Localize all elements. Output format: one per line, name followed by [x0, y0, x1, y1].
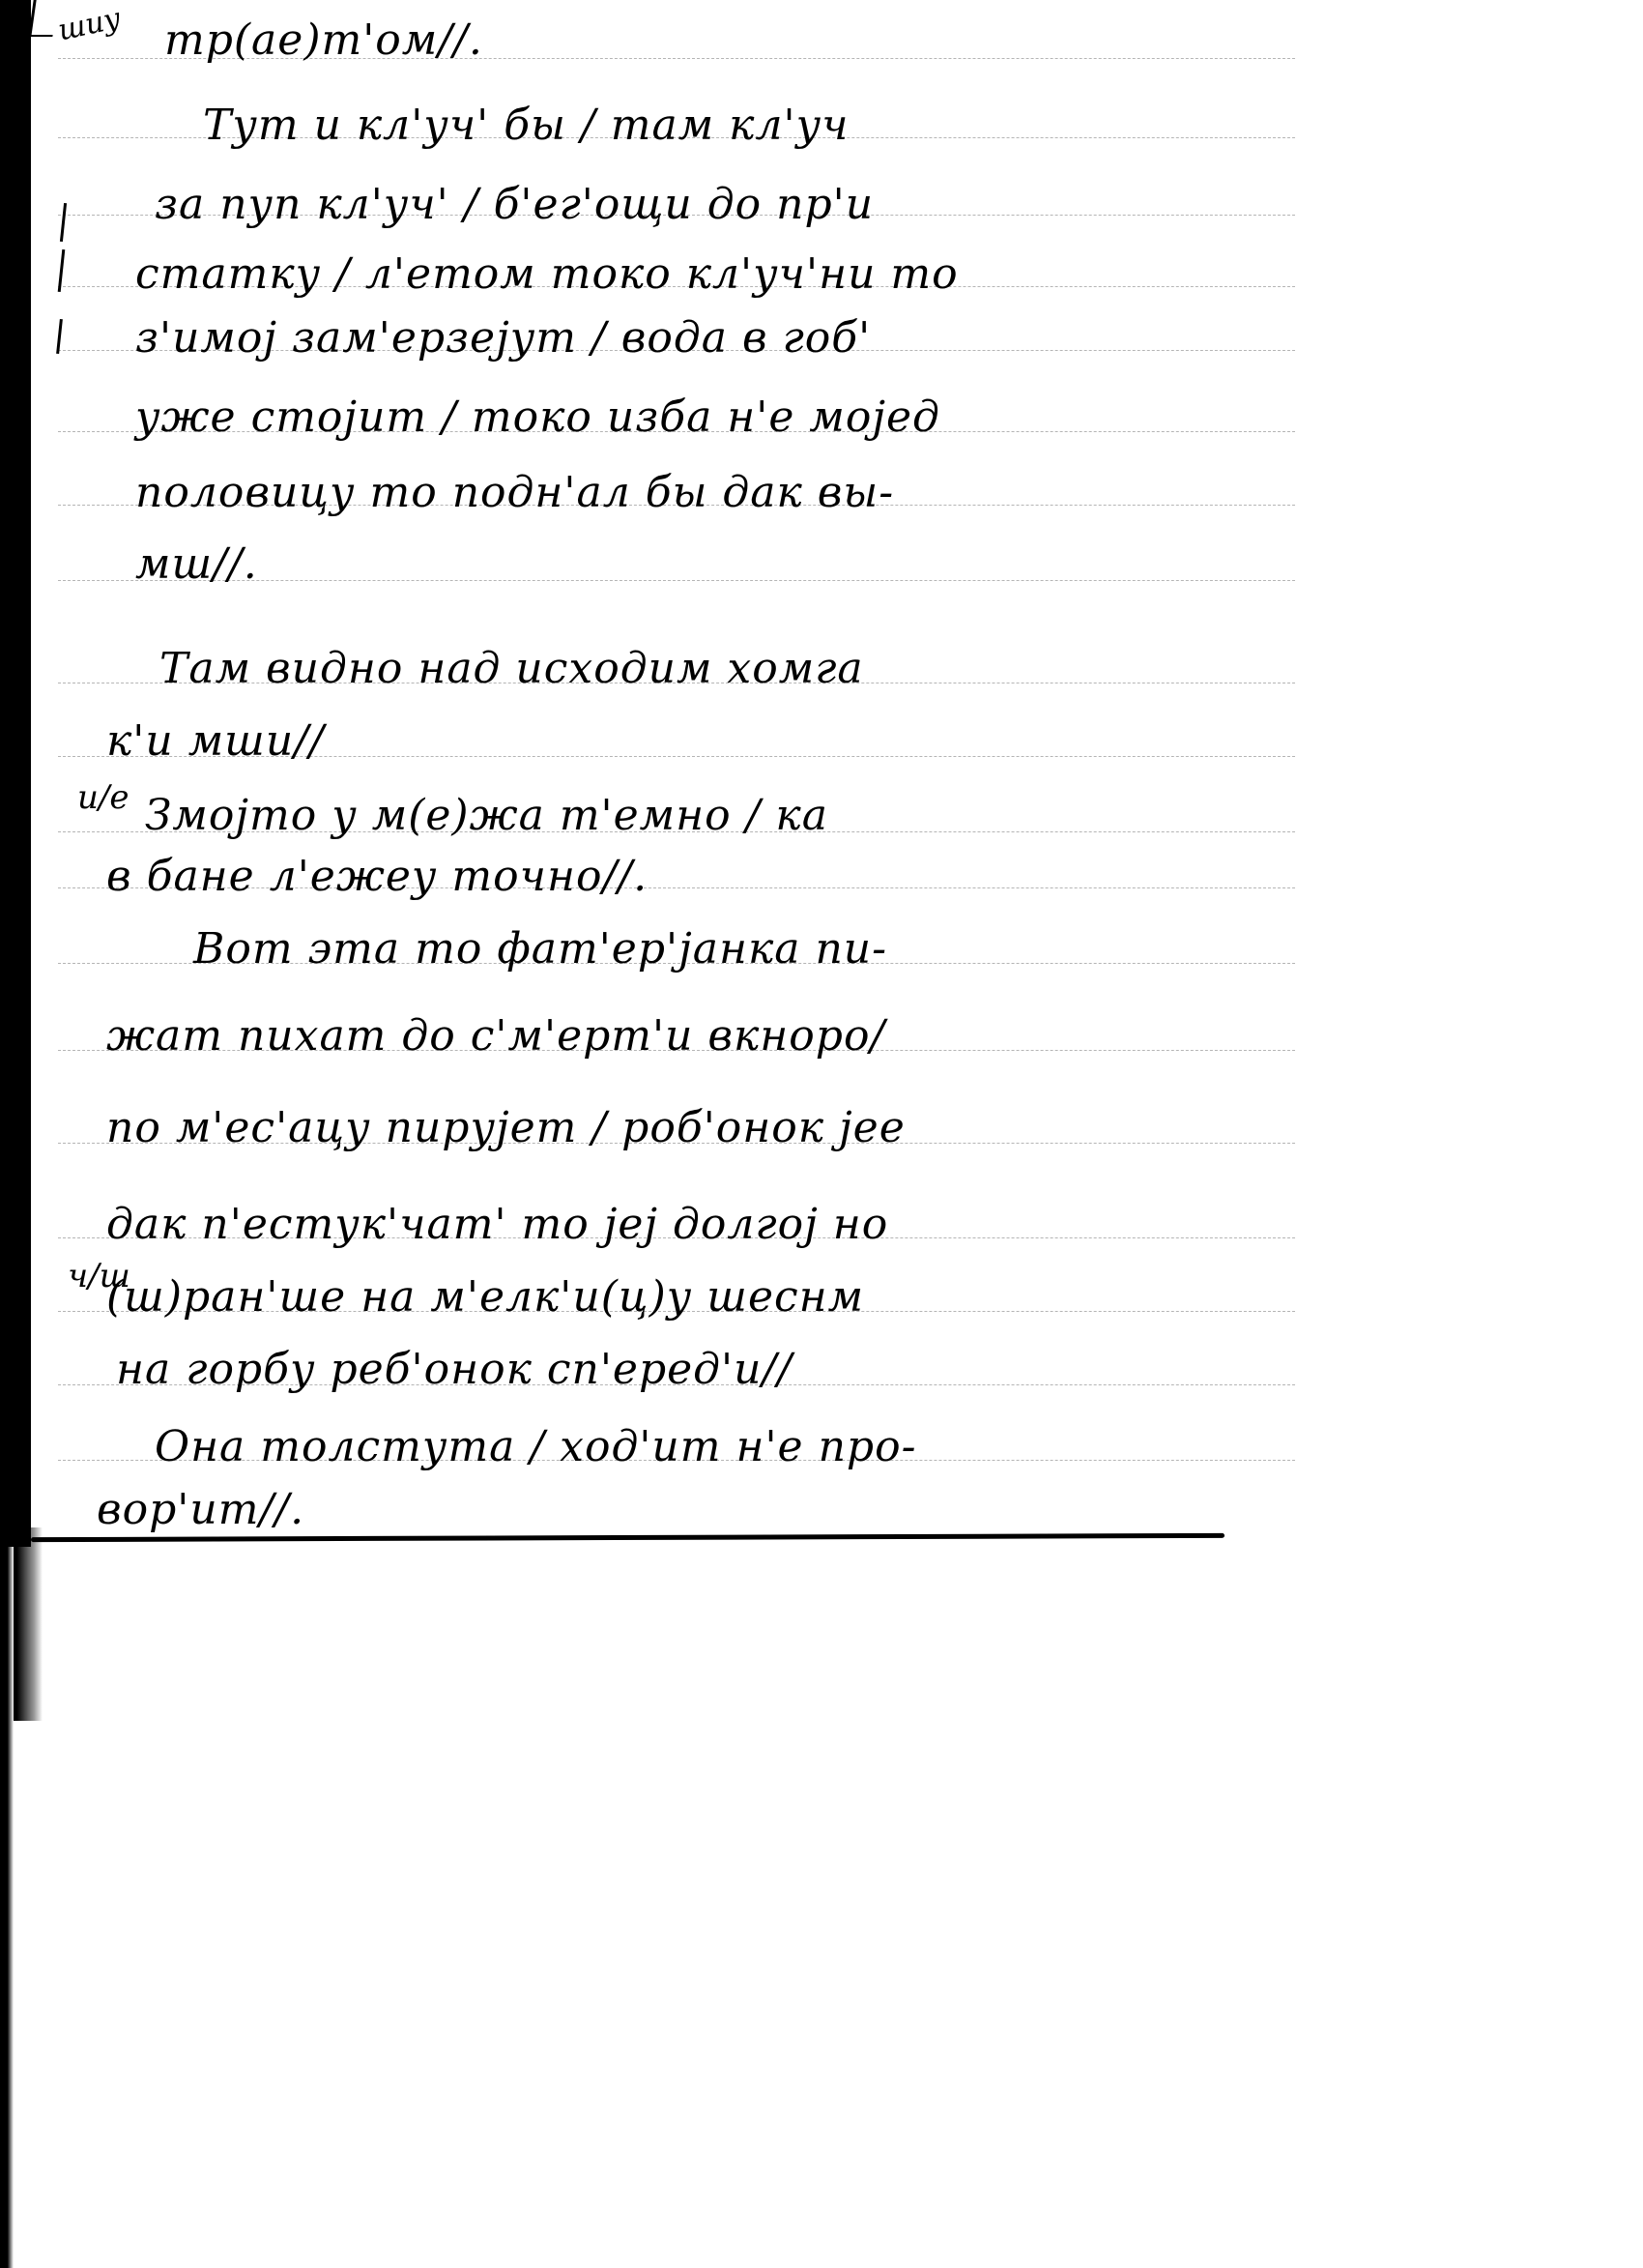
text-line: Там видно над исходим хомга — [159, 648, 864, 690]
text-line: статку / л'етом токо кл'уч'ни то — [135, 253, 959, 296]
text-line: половицу то подн'ал бы дак вы- — [135, 472, 894, 514]
scan-left-edge-lower — [0, 1547, 14, 2268]
page-corner-mark — [28, 0, 57, 37]
text-line: вор'ит//. — [97, 1489, 304, 1531]
text-line: (ш)ран'ше на м'елк'и(ц)у шеснм — [106, 1276, 864, 1319]
text-line: за пуп кл'уч' / б'ег'ощи до пр'и — [155, 184, 874, 226]
text-line: тр(ае)т'ом//. — [164, 19, 483, 62]
scan-left-edge — [0, 0, 31, 1547]
text-line: з'имој зам'ерзејут / вода в гоб' — [135, 317, 871, 360]
text-line: Тут и кл'уч' бы / там кл'уч — [203, 104, 849, 147]
text-line: жат пихат до с'м'ерт'и вкноро/ — [106, 1015, 885, 1058]
text-line: мш//. — [135, 543, 258, 586]
text-line: дак п'естук'чат' то јеј долгој но — [106, 1204, 888, 1246]
text-line: уже стојит / токо изба н'е мојед — [135, 396, 940, 439]
margin-note: и/е — [77, 778, 129, 817]
text-line: на горбу реб'онок сп'еред'и// — [116, 1349, 793, 1391]
text-line: к'и мши// — [106, 720, 325, 763]
text-line: Змојто у м(е)жа т'емно / ка — [145, 795, 828, 837]
text-line: в бане л'ежеу точно//. — [106, 856, 648, 898]
text-line: Она толстута / ход'ит н'е про- — [155, 1426, 916, 1468]
margin-note: ч/ш — [68, 1257, 130, 1295]
text-line: по м'ес'ацу пирујет / роб'онок јее — [106, 1107, 906, 1149]
text-line: Вот эта то фат'ер'јанка пи- — [193, 928, 887, 971]
